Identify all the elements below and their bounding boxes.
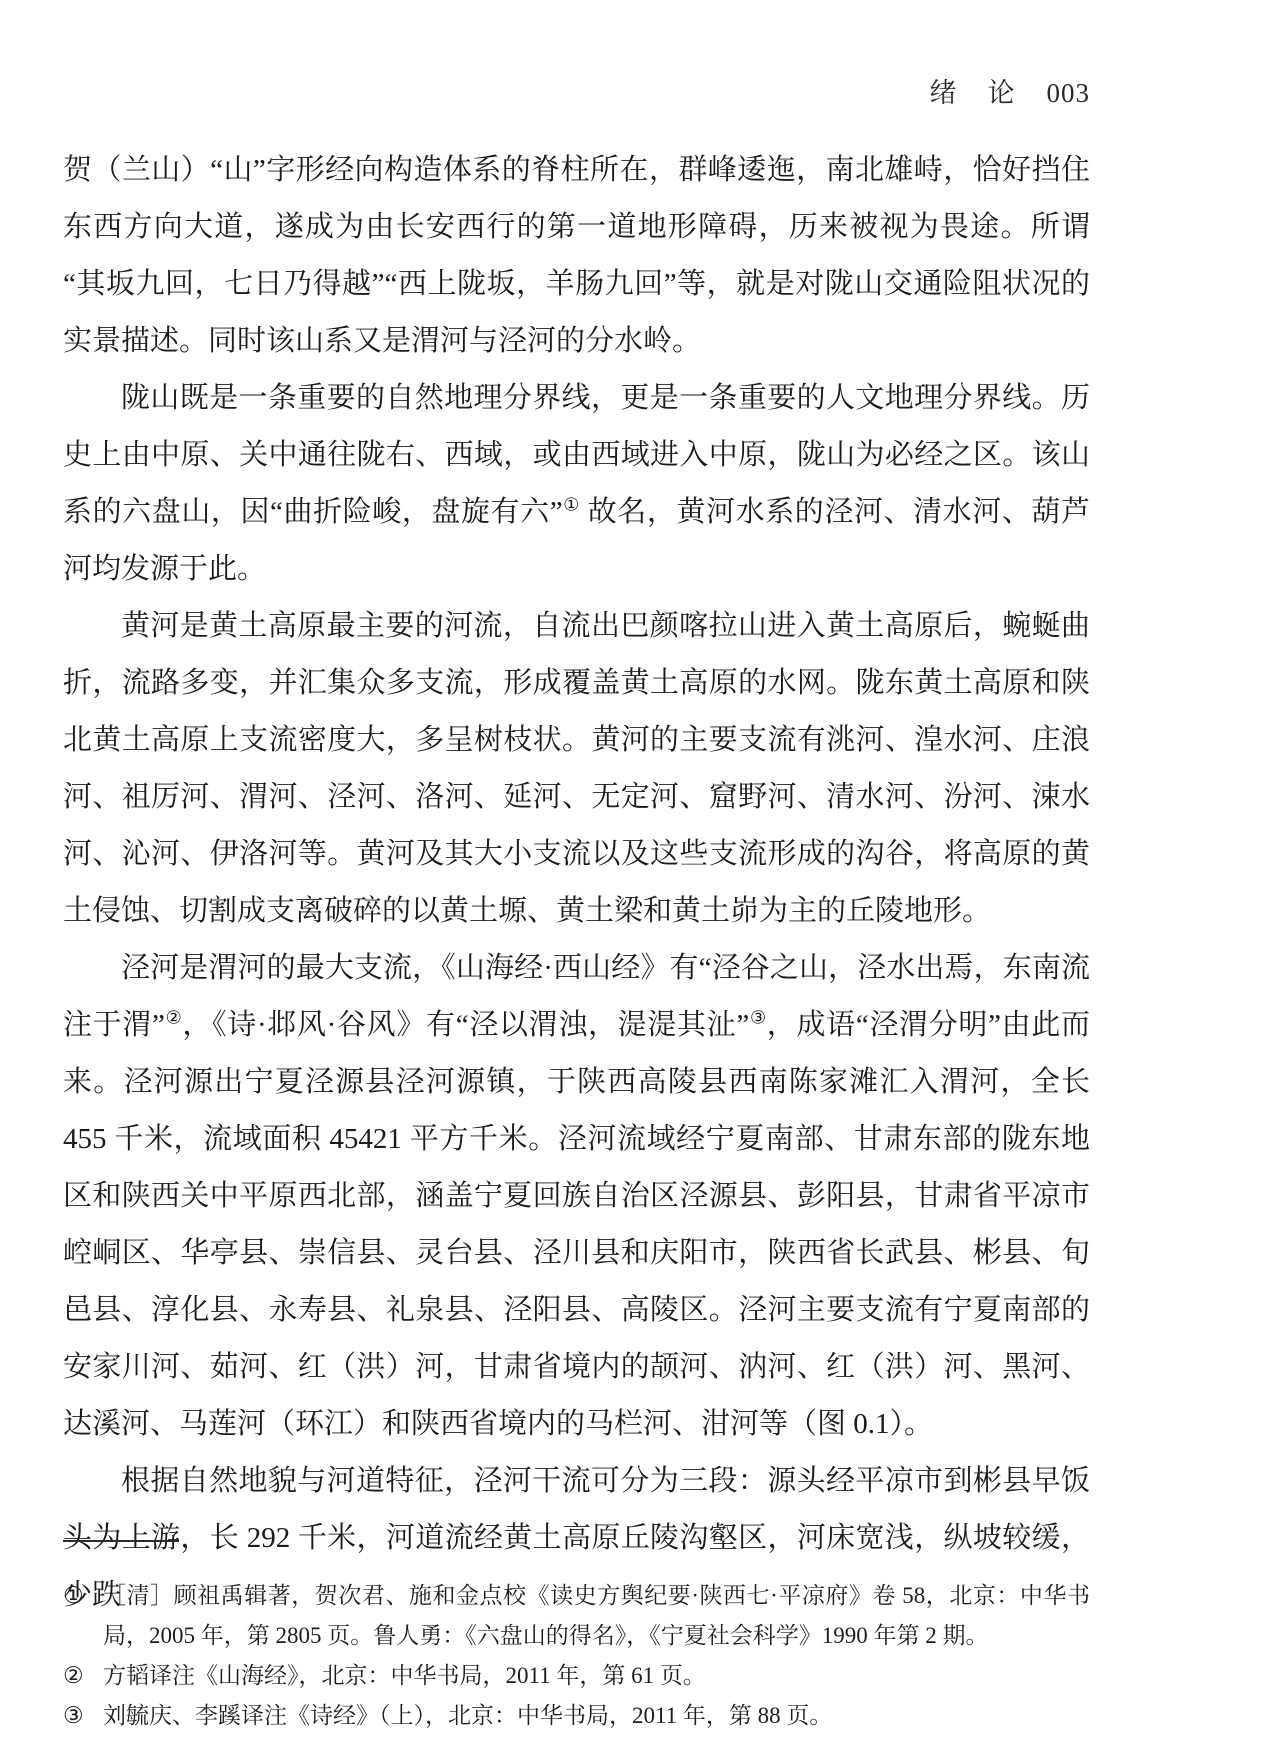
footnote-ref: ③ (749, 1007, 766, 1027)
paragraph-text: 黄河是黄土高原最主要的河流，自流出巴颜喀拉山进入黄土高原后，蜿蜒曲折，流路多变，… (63, 610, 1090, 927)
footnote-2: ②方韬译注《山海经》，北京：中华书局，2011 年，第 61 页。 (63, 1656, 1090, 1696)
paragraph-3: 黄河是黄土高原最主要的河流，自流出巴颜喀拉山进入黄土高原后，蜿蜒曲折，流路多变，… (63, 598, 1090, 940)
footnote-separator (63, 1540, 179, 1542)
paragraph-text: ，成语“泾渭分明”由此而来。泾河源出宁夏泾源县泾河源镇，于陕西高陵县西南陈家滩汇… (63, 1009, 1090, 1440)
book-page: 绪 论003 贺（兰山）“山”字形经向构造体系的脊柱所在，群峰逶迤，南北雄峙，恰… (0, 0, 1280, 1754)
paragraph-text: ，《诗·邶风·谷风》有“泾以渭浊，湜湜其沚” (182, 1009, 749, 1041)
footnote-3: ③刘毓庆、李蹊译注《诗经》（上），北京：中华书局，2011 年，第 88 页。 (63, 1696, 1090, 1736)
footnote-marker: ② (63, 1656, 84, 1696)
paragraph-1: 贺（兰山）“山”字形经向构造体系的脊柱所在，群峰逶迤，南北雄峙，恰好挡住东西方向… (63, 142, 1090, 370)
page-number: 003 (1047, 78, 1091, 108)
footnote-text: 刘毓庆、李蹊译注《诗经》（上），北京：中华书局，2011 年，第 88 页。 (103, 1703, 832, 1728)
text-block: 贺（兰山）“山”字形经向构造体系的脊柱所在，群峰逶迤，南北雄峙，恰好挡住东西方向… (63, 142, 1090, 1624)
footnote-marker: ③ (63, 1696, 84, 1736)
footnote-1: ①［清］顾祖禹辑著，贺次君、施和金点校《读史方舆纪要·陕西七·平凉府》卷 58，… (63, 1576, 1090, 1656)
paragraph-4: 泾河是渭河的最大支流，《山海经·西山经》有“泾谷之山，泾水出焉，东南流注于渭”②… (63, 940, 1090, 1453)
running-head: 绪 论003 (63, 76, 1090, 110)
paragraph-text: 贺（兰山）“山”字形经向构造体系的脊柱所在，群峰逶迤，南北雄峙，恰好挡住东西方向… (63, 154, 1090, 357)
section-title: 绪 论 (930, 78, 1017, 108)
footnote-list: ①［清］顾祖禹辑著，贺次君、施和金点校《读史方舆纪要·陕西七·平凉府》卷 58，… (63, 1576, 1090, 1736)
footnote-text: ［清］顾祖禹辑著，贺次君、施和金点校《读史方舆纪要·陕西七·平凉府》卷 58，北… (103, 1583, 1090, 1648)
footnote-marker: ① (63, 1576, 84, 1616)
footnote-text: 方韬译注《山海经》，北京：中华书局，2011 年，第 61 页。 (103, 1663, 706, 1688)
footnote-ref: ① (563, 494, 580, 514)
paragraph-2: 陇山既是一条重要的自然地理分界线，更是一条重要的人文地理分界线。历史上由中原、关… (63, 370, 1090, 598)
footnote-ref: ② (165, 1007, 182, 1027)
